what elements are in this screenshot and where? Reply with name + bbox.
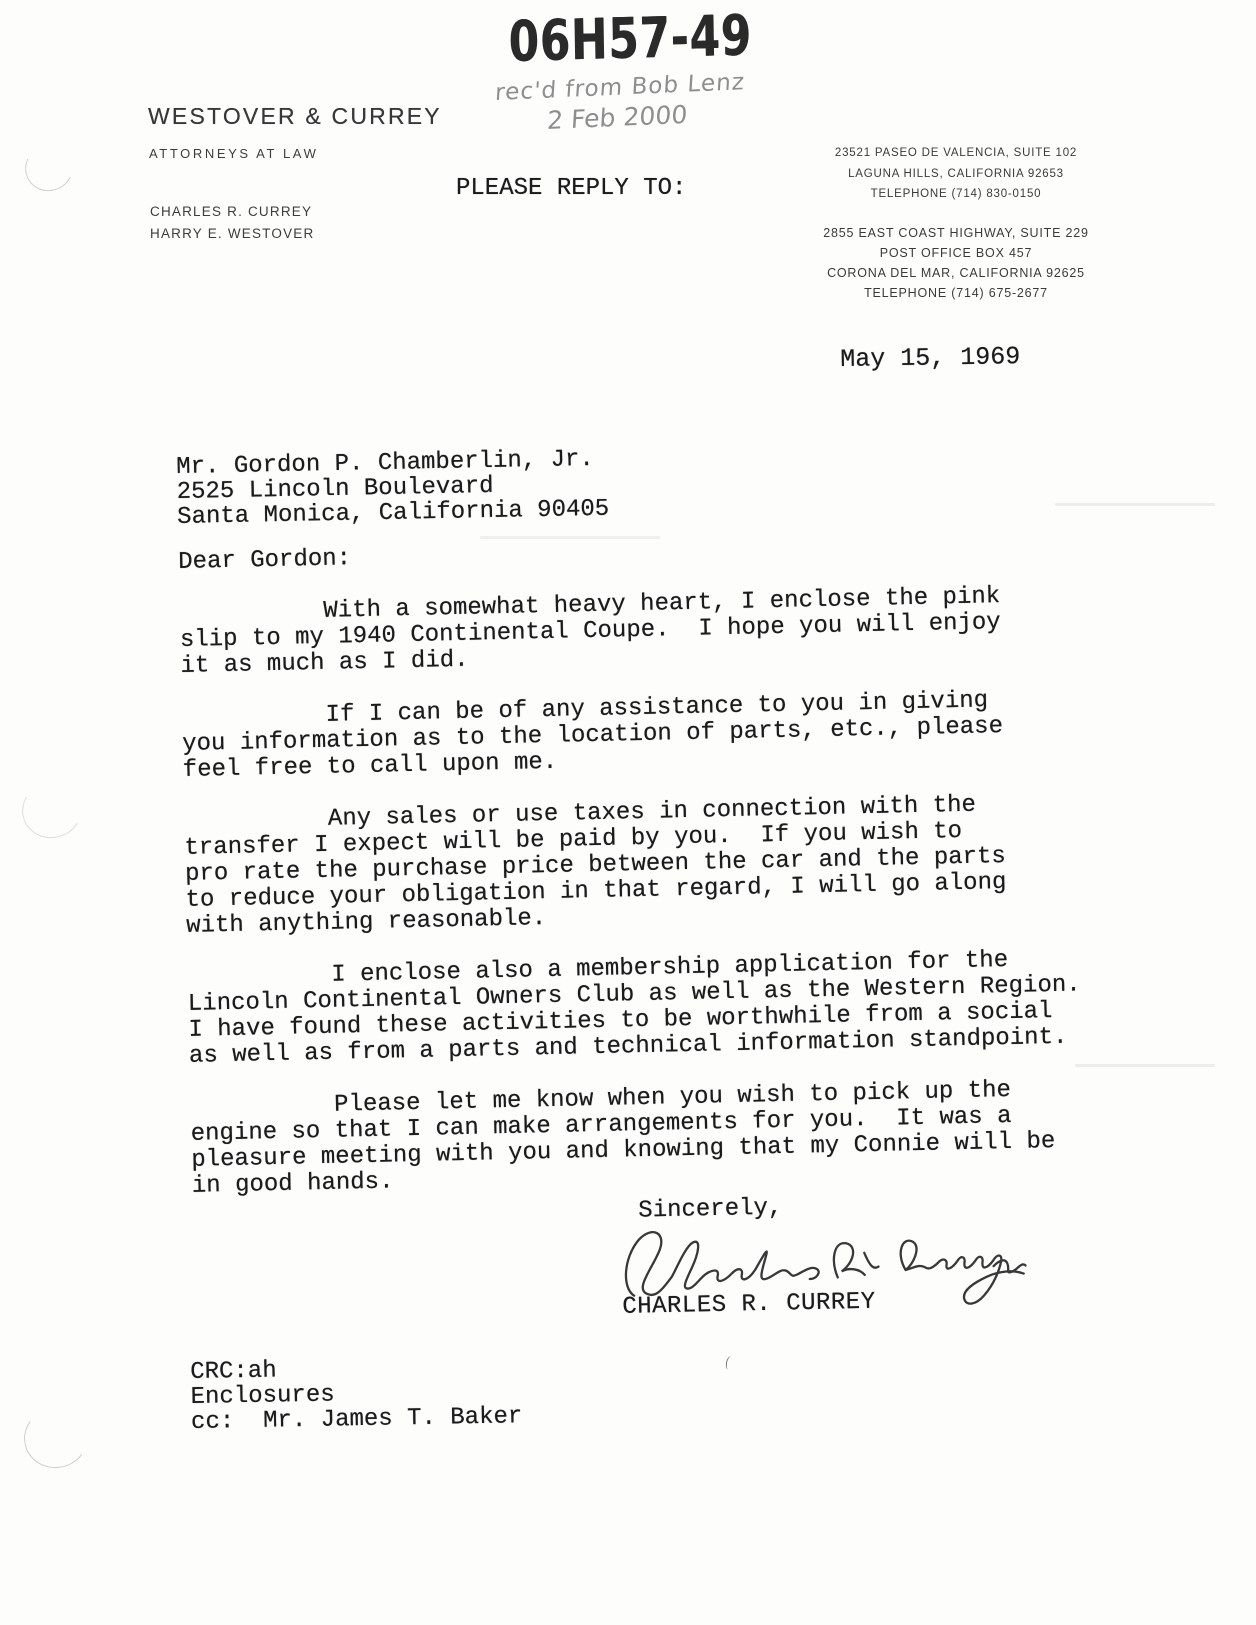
firm-name: WESTOVER & CURREY bbox=[148, 103, 442, 130]
scan-streak bbox=[480, 536, 660, 539]
signer-typed-name: CHARLES R. CURREY bbox=[622, 1289, 876, 1321]
cc-line: cc: Mr. James T. Baker bbox=[191, 1404, 523, 1435]
punch-hole-shadow bbox=[16, 775, 88, 845]
office-address-line: TELEPHONE (714) 675-2677 bbox=[795, 283, 1117, 303]
scanned-letter-page: 06H57-49 rec'd from Bob Lenz 2 Feb 2000 … bbox=[0, 0, 1256, 1625]
signature-block: Sincerely, CHARLES R. CURREY bbox=[618, 1187, 1051, 1346]
office-address-line: CORONA DEL MAR, CALIFORNIA 92625 bbox=[795, 263, 1117, 283]
body-paragraph: Any sales or use taxes in connection wit… bbox=[184, 789, 1147, 940]
office-address-block: 23521 PASEO DE VALENCIA, SUITE 102 LAGUN… bbox=[795, 143, 1117, 303]
office-address-corona-del-mar: 2855 EAST COAST HIGHWAY, SUITE 229 POST … bbox=[795, 223, 1117, 303]
office-address-line: POST OFFICE BOX 457 bbox=[795, 243, 1117, 263]
office-address-line: LAGUNA HILLS, CALIFORNIA 92653 bbox=[795, 164, 1117, 185]
body-paragraph: I enclose also a membership application … bbox=[187, 945, 1149, 1070]
office-address-line: 2855 EAST COAST HIGHWAY, SUITE 229 bbox=[795, 223, 1117, 243]
body-paragraph: If I can be of any assistance to you in … bbox=[181, 685, 1142, 784]
received-note: rec'd from Bob Lenz bbox=[494, 69, 745, 106]
recipient-address: Mr. Gordon P. Chamberlin, Jr. 2525 Linco… bbox=[176, 445, 697, 530]
firm-subtitle: ATTORNEYS AT LAW bbox=[149, 146, 318, 161]
office-address-laguna-hills: 23521 PASEO DE VALENCIA, SUITE 102 LAGUN… bbox=[795, 143, 1117, 205]
received-date-note: 2 Feb 2000 bbox=[546, 100, 688, 135]
punch-hole-shadow bbox=[19, 138, 80, 198]
attorney-name: HARRY E. WESTOVER bbox=[150, 226, 314, 241]
body-paragraph: With a somewhat heavy heart, I enclose t… bbox=[179, 581, 1140, 680]
office-address-line: TELEPHONE (714) 830-0150 bbox=[795, 184, 1117, 205]
handwritten-stamp-code: 06H57-49 bbox=[508, 3, 752, 75]
letter-body: Dear Gordon: With a somewhat heavy heart… bbox=[178, 529, 1152, 1200]
footer-block: CRC:ah Enclosures cc: Mr. James T. Baker bbox=[190, 1354, 523, 1435]
body-paragraph: Please let me know when you wish to pick… bbox=[190, 1075, 1152, 1200]
scan-speck bbox=[725, 1355, 736, 1370]
attorney-name: CHARLES R. CURREY bbox=[150, 204, 312, 219]
please-reply-to-label: PLEASE REPLY TO: bbox=[456, 175, 686, 202]
scan-streak bbox=[1055, 503, 1215, 506]
office-address-line: 23521 PASEO DE VALENCIA, SUITE 102 bbox=[795, 143, 1117, 164]
letter-date: May 15, 1969 bbox=[840, 342, 1020, 374]
punch-hole-shadow bbox=[19, 1403, 92, 1473]
